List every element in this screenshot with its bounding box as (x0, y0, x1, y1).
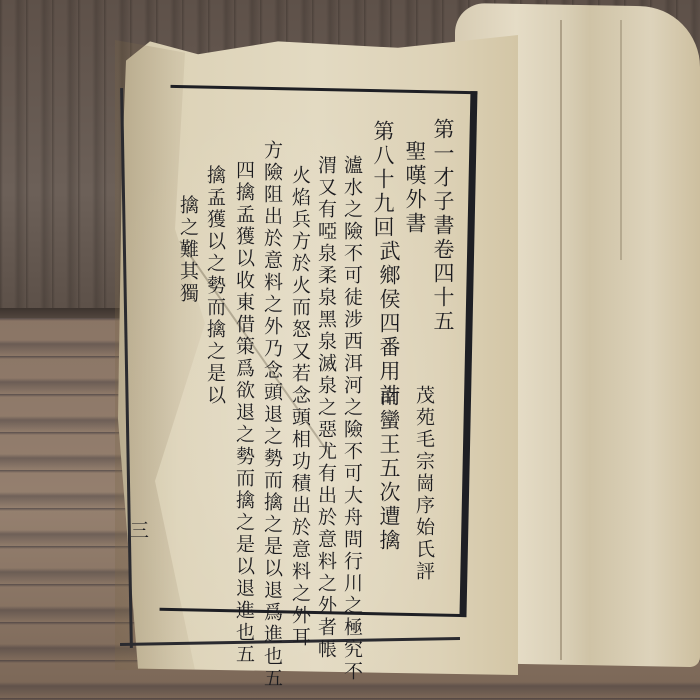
page-fold-line (620, 20, 622, 260)
text-column: 渭又有啞泉柔泉黑泉滅泉之惡尤有出於意料之外者帳 (316, 155, 335, 661)
commentator-credit: 茂苑毛宗崗序始氏評 (414, 385, 433, 583)
series-title: 聖嘆外書 (404, 140, 425, 236)
chapter-title-left: 南蠻王五次遭擒 (378, 385, 399, 553)
text-column: 四擒孟獲以收東借策爲欲退之勢而擒之是以退進也五 (234, 160, 253, 666)
text-column: 方險阻出於意料之外乃念頭退之勢而擒之是以退爲進也五 (262, 140, 281, 690)
chapter-number: 第八十九回 (372, 120, 393, 240)
chapter-title-right: 武鄉侯四番用計 (378, 240, 399, 408)
text-column: 火焰兵方於火而怒又若念頭相功積出於意料之外耳 (290, 165, 309, 649)
text-column: 瀘水之險不可徒涉西洱河之險不可大舟問行川之極究不 (342, 155, 361, 683)
text-column: 擒之難其獨 (178, 195, 197, 305)
book-header: 第一才子書卷四十五 (432, 118, 453, 334)
page-number: 三 (128, 520, 147, 542)
page-fold-line (560, 20, 562, 660)
text-column: 擒孟獲以之勢而擒之是以 (205, 165, 224, 407)
